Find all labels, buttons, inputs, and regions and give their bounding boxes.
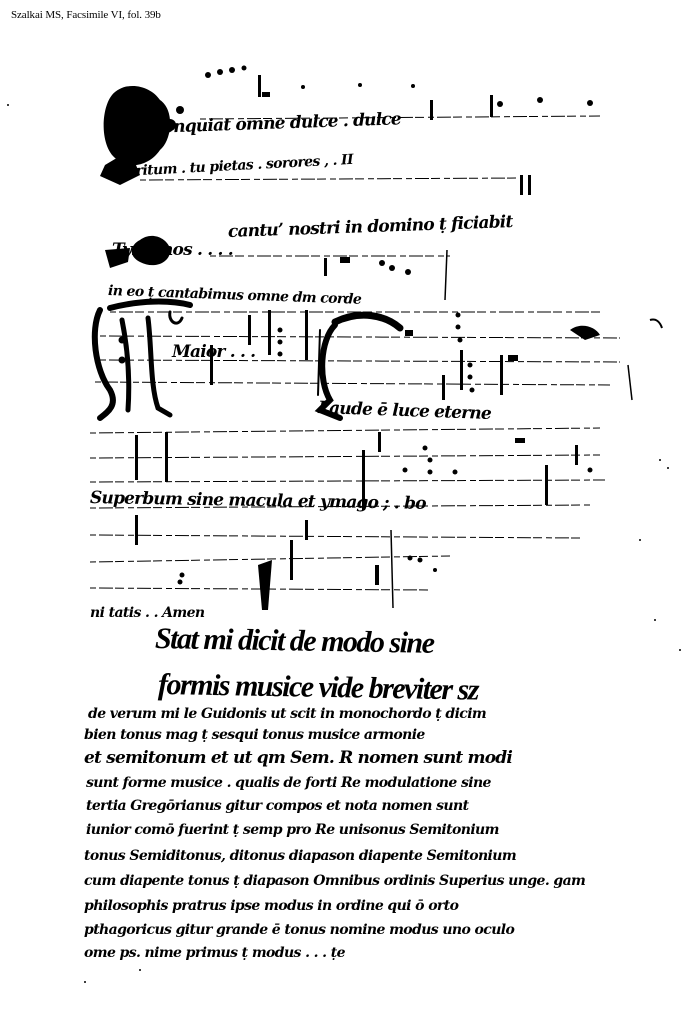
prose-line: et semitonum et ut qm Sem. R nomen sunt …: [84, 748, 512, 768]
chant-text-line: ni tatis . . Amen: [90, 605, 205, 621]
prose-line: ome ps. nime primus ṭ modus . . . ṭe: [84, 945, 345, 961]
prose-line: de verum mi le Guidonis ut scit in monoc…: [88, 706, 486, 722]
prose-line: iunior comō fuerint ṭ semp pro Re unison…: [86, 822, 499, 838]
treatise-heading-line: Stat mi dicit de modo sine: [155, 622, 434, 661]
prose-line: tertia Gregōrianus gitur compos et nota …: [86, 798, 468, 814]
prose-line: philosophis pratrus ipse modus in ordine…: [84, 898, 458, 914]
prose-line: sunt forme musice . qualis de forti Re m…: [86, 775, 491, 791]
staff-lines: [90, 116, 620, 590]
chant-text-line: Tyrannos . . . .: [112, 240, 233, 260]
prose-line: bien tonus mag ṭ sesqui tonus musice arm…: [84, 727, 425, 743]
prose-line: tonus Semiditonus, ditonus diapason diap…: [84, 848, 516, 864]
prose-line: pthagoricus gitur grande ē tonus nomine …: [84, 922, 514, 938]
margin-mark: [650, 319, 662, 328]
treatise-heading-line: formis musice vide breviter sz: [158, 668, 478, 708]
chant-text-line: Maior . . .: [172, 342, 255, 362]
prose-line: cum diapente tonus ṭ diapason Omnibus or…: [84, 873, 585, 889]
